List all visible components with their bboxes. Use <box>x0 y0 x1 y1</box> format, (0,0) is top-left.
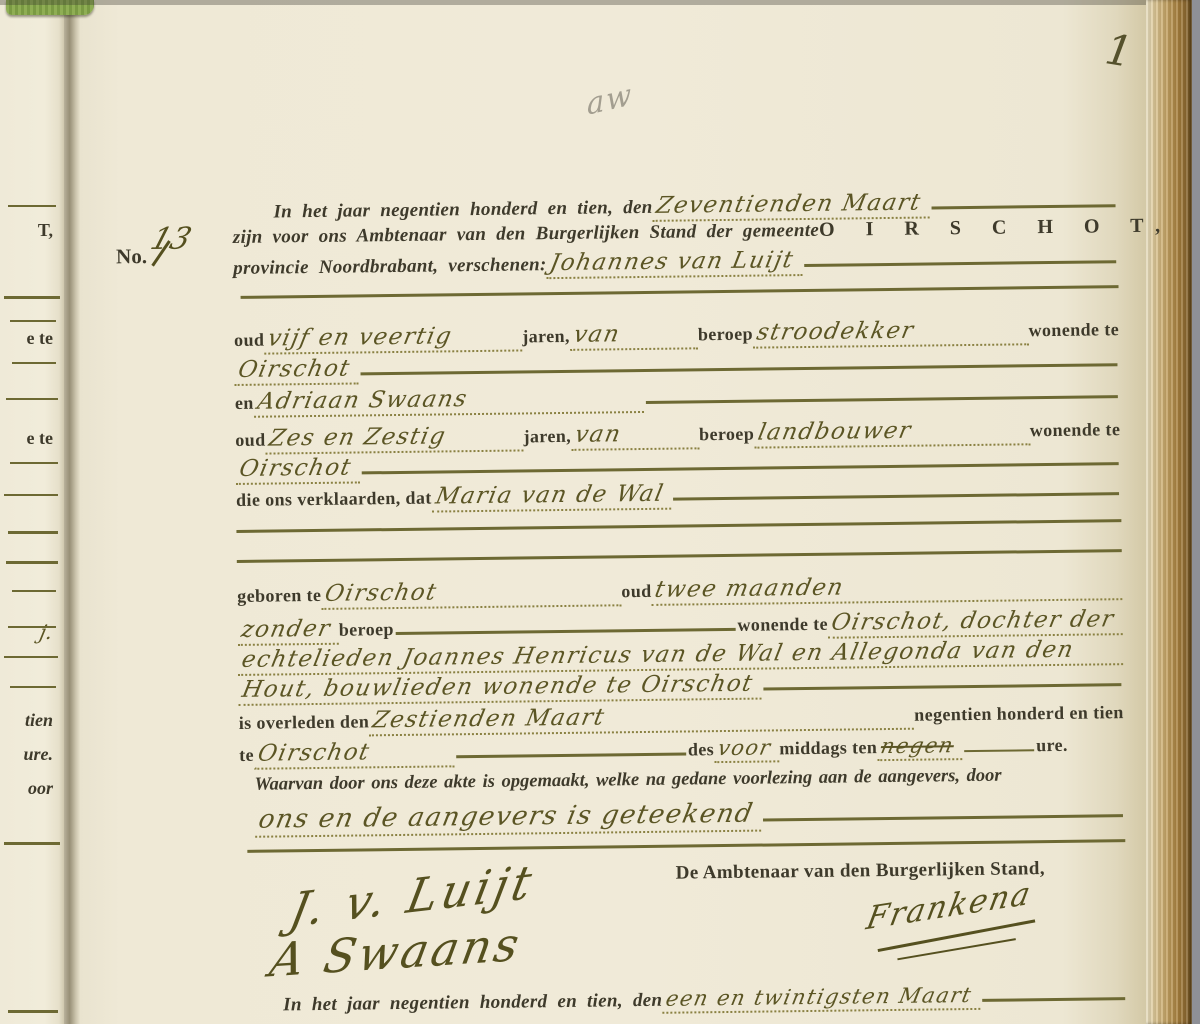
official-title-line: De Ambtenaar van den Burgerlijken Stand, <box>676 857 1126 884</box>
handwriting: Oirschot <box>236 356 353 383</box>
printed-label: beroep <box>698 324 753 346</box>
next-act-opening-line: In het jaar negentien honderd en tien, d… <box>283 981 1127 1018</box>
handwriting: Oirschot, dochter der <box>829 606 1117 636</box>
handwriting: vijf en veertig <box>266 323 455 351</box>
form-line-closing: Waarvan door ons deze akte is opgemaakt,… <box>254 764 1124 796</box>
written-age: Zes en Zestig <box>265 422 523 454</box>
fill-line <box>646 382 1118 404</box>
printed-label: jaren, <box>522 326 570 348</box>
blank-rule <box>236 519 1121 533</box>
written-van: van <box>570 320 698 351</box>
fill-line <box>763 801 1123 821</box>
written-age-deceased: twee maanden <box>651 571 1122 606</box>
printed-label: wonende te <box>1028 319 1119 341</box>
printed-label: beroep <box>699 424 754 446</box>
printed-text: In het jaar negentien honderd en tien, d… <box>273 197 652 224</box>
printed-label: negentien honderd en tien <box>914 702 1124 726</box>
form-line-birth: geboren te Oirschot oud twee maanden <box>237 571 1122 611</box>
written-declarant1: Johannes van Luijt <box>546 247 802 279</box>
printed-label: en <box>235 393 254 414</box>
written-occupation: landbouwer <box>754 416 1030 448</box>
registrar-signature: Frankena <box>863 875 1035 938</box>
written-parents-continued: Hout, bouwlieden wonende te Oirschot <box>238 671 761 706</box>
handwriting: een en twintigsten Maart <box>664 983 975 1011</box>
printed-label: geboren te <box>237 585 321 607</box>
handwriting: Adriaan Swaans <box>255 386 470 415</box>
printed-label: die ons verklaarden, dat <box>236 488 432 511</box>
written-deceased: Maria van de Wal <box>431 481 671 513</box>
handwriting: Zes en Zestig <box>267 423 449 451</box>
written-death-place: Oirschot <box>254 738 454 769</box>
blank-rule <box>247 839 1125 853</box>
handwriting: Zestienden Maart <box>371 704 608 733</box>
form-line-appeared: provincie Noordbrabant, verschenen: Joha… <box>233 243 1118 283</box>
written-van: van <box>571 420 699 451</box>
fill-line <box>456 739 686 758</box>
handwriting: Oirschot <box>323 579 440 606</box>
handwriting: Johannes van Luijt <box>548 247 797 276</box>
printed-label: wonende te <box>1030 419 1121 441</box>
municipality-name: O I R S C H O T, <box>819 215 1173 242</box>
pencil-annotation: aw <box>586 77 634 123</box>
printed-label: oud <box>621 581 651 602</box>
written-next-date: een en twintigsten Maart <box>662 983 980 1014</box>
fill-line <box>673 479 1119 500</box>
handwriting: Maria van de Wal <box>433 481 666 510</box>
printed-label: beroep <box>339 619 394 641</box>
fill-line <box>361 449 1118 474</box>
handwriting: twee maanden <box>653 575 847 603</box>
handwriting: stroodekker <box>754 318 916 346</box>
act-content: 1 aw No. 13 In het jaar negentien honder… <box>0 0 1200 1024</box>
written-zonder: zonder <box>237 616 338 646</box>
handwriting: Hout, bouwlieden wonende te Oirschot <box>240 671 756 703</box>
handwriting: van <box>571 321 622 348</box>
official-title: De Ambtenaar van den Burgerlijken Stand, <box>676 858 1046 885</box>
handwriting: voor <box>716 735 774 760</box>
written-death-date: Zestienden Maart <box>369 701 914 737</box>
printed-label: ure. <box>1036 735 1068 756</box>
handwriting: Oirschot <box>255 739 372 766</box>
printed-label: oud <box>235 430 265 451</box>
fill-line <box>804 247 1116 267</box>
fill-line <box>360 350 1117 375</box>
written-signed-statement: ons en de aangevers is geteekend <box>255 799 762 838</box>
form-line-signed-statement: ons en de aangevers is geteekend <box>255 794 1125 838</box>
blank-rule <box>237 549 1122 563</box>
handwriting: zonder <box>239 616 333 643</box>
written-hour-struck: negen <box>877 733 962 761</box>
printed-label: oud <box>234 330 264 351</box>
blank-rule <box>241 285 1119 299</box>
handwriting: Oirschot <box>237 455 354 482</box>
written-occupation: stroodekker <box>753 316 1029 348</box>
printed-label: is overleden den <box>239 711 370 734</box>
handwriting: Zeventienden Maart <box>654 190 924 219</box>
fill-line <box>931 191 1115 209</box>
printed-text: zijn voor ons Ambtenaar van den Burgerli… <box>233 220 820 249</box>
written-age: vijf en veertig <box>264 322 522 354</box>
act-number-label: No. <box>116 244 147 269</box>
handwriting: landbouwer <box>756 418 914 446</box>
printed-label: jaren, <box>523 426 571 448</box>
written-residence: Oirschot <box>236 454 360 485</box>
printed-label: te <box>239 745 254 766</box>
fill-line <box>763 670 1121 690</box>
page-number: 1 <box>1102 24 1136 77</box>
handwriting: ons en de aangevers is geteekend <box>256 799 756 835</box>
printed-text: provincie Noordbrabant, verschenen: <box>233 254 547 280</box>
handwriting: van <box>572 421 623 448</box>
fill-line <box>396 615 736 635</box>
fill-line <box>982 984 1125 1002</box>
printed-text: In het jaar negentien honderd en tien, d… <box>283 990 662 1017</box>
printed-text: Waarvan door ons deze akte is opgemaakt,… <box>254 766 1001 796</box>
written-birthplace: Oirschot <box>321 577 621 610</box>
printed-label: wonende te <box>737 614 828 636</box>
written-voor: voor <box>714 735 780 763</box>
written-residence: Oirschot <box>234 355 358 386</box>
written-residence-deceased: Oirschot, dochter der <box>828 606 1123 639</box>
handwriting: negen <box>879 733 957 758</box>
act-number: 13 <box>146 221 195 257</box>
written-declarant2: Adriaan Swaans <box>254 384 644 418</box>
printed-label: des <box>688 739 714 760</box>
fill-line <box>964 735 1034 752</box>
printed-label: middags ten <box>779 737 877 759</box>
